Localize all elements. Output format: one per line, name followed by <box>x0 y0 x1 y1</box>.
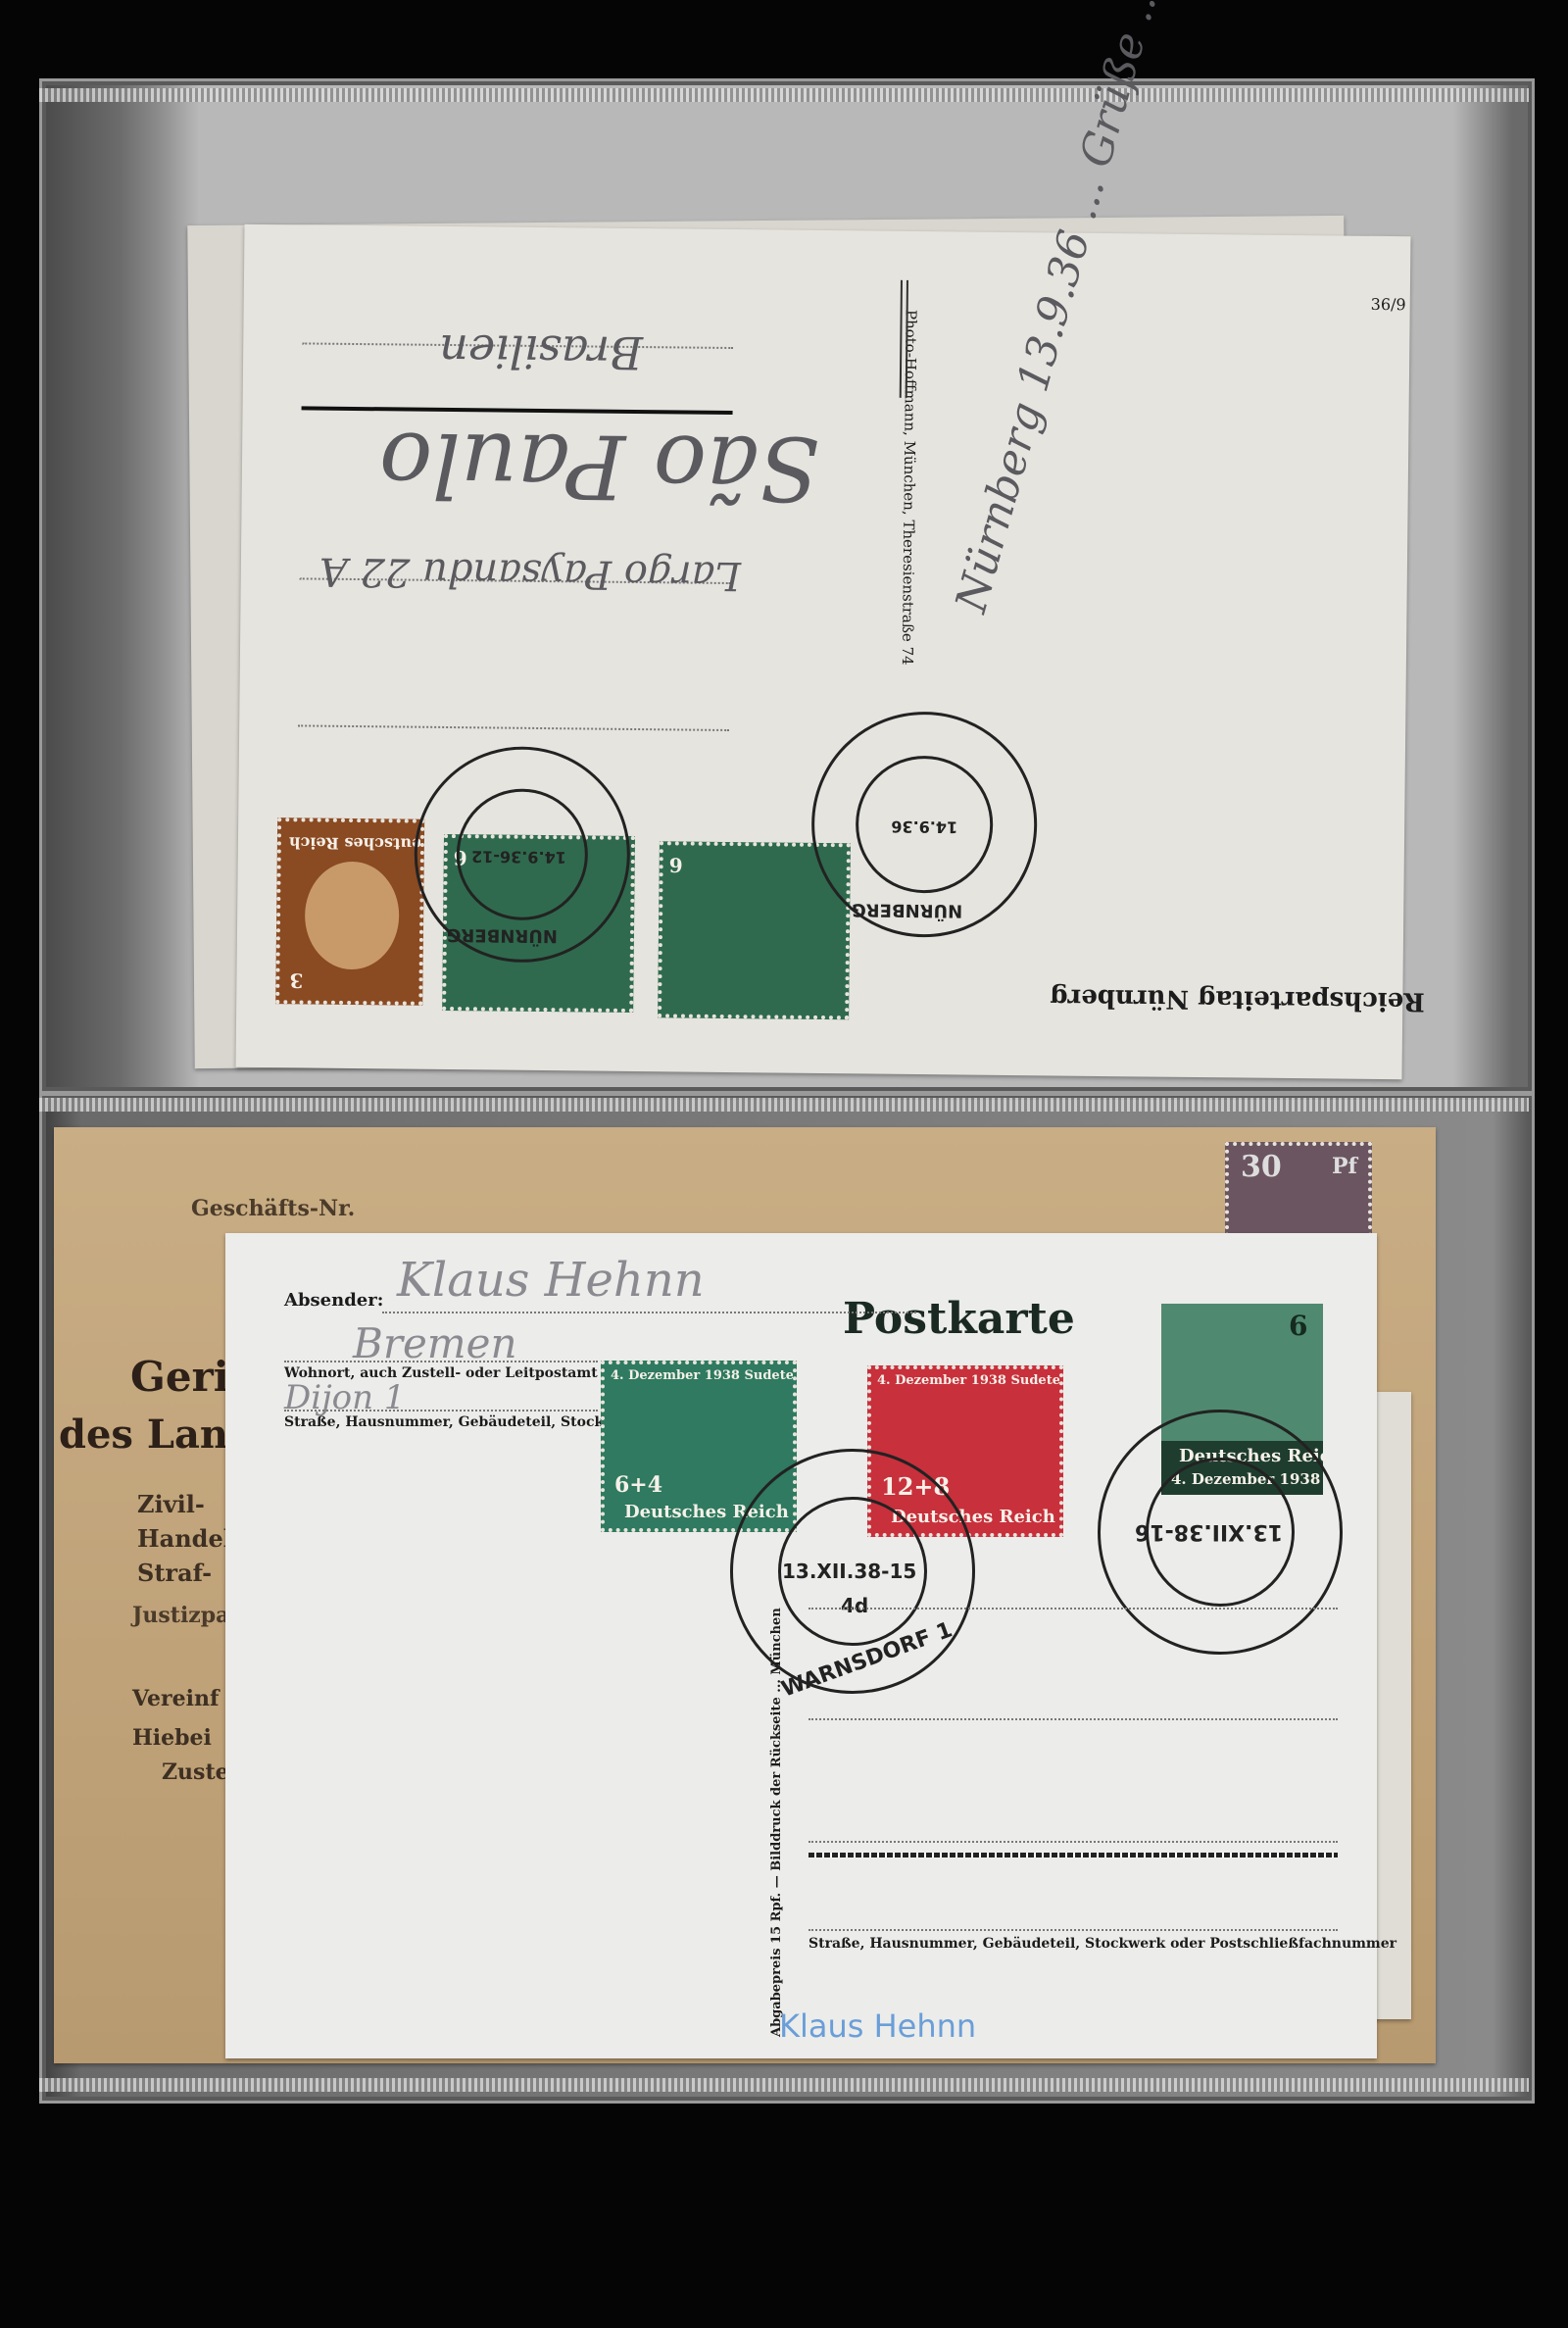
handwritten-address-street: Largo Paysandu 22 A <box>319 549 742 599</box>
stamp-value: 6+4 <box>614 1472 662 1498</box>
doc-line: Handel <box>137 1524 232 1553</box>
stamp-issue: 4. Dezember 1938 Sudetengau <box>611 1368 797 1383</box>
recipient-street-label: Straße, Hausnummer, Gebäudeteil, Stockwe… <box>808 1936 1396 1952</box>
postmark-date: 14.9.36-12 <box>471 847 566 867</box>
side-imprint: Abgabepreis 15 Rpf. — Bilddruck der Rück… <box>769 1608 784 2037</box>
picture-postcard-reverse: 36/9 Reichsparteitag Nürnberg Photo-Hoff… <box>236 224 1411 1079</box>
doc-line: Zuste <box>162 1759 229 1785</box>
sender-label: Absender: <box>284 1290 383 1311</box>
postmark-code: 4d <box>841 1594 868 1617</box>
doc-line: Geschäfts-Nr. <box>191 1196 355 1221</box>
portrait-medallion <box>305 861 400 969</box>
sender-handwritten: Klaus Hehnn <box>397 1253 705 1308</box>
stamp-value: 6 <box>669 853 683 876</box>
divider <box>900 280 908 398</box>
postmark-town: NÜRNBERG <box>852 899 962 920</box>
sleeve-rail <box>39 88 1529 102</box>
handwritten-address-country: Brasilien <box>439 324 643 379</box>
street-handwritten: Dijon 1 <box>284 1378 405 1417</box>
doc-line: Straf- <box>137 1559 212 1587</box>
stamp-3pf: Deutsches Reich 3 <box>275 817 424 1006</box>
handwritten-address-city: São Paulo <box>378 412 819 520</box>
sleeve-rail <box>39 1098 1529 1112</box>
postmark-date: 13.XII.38-15 <box>782 1560 916 1583</box>
rubber-stamp-name: Klaus Hehnn <box>779 2007 976 2045</box>
stamp-issue: 4. Dezember 1938 Sudetengau <box>877 1373 1063 1388</box>
recipient-line <box>808 1841 1338 1843</box>
doc-line: Justizpa <box>132 1603 229 1628</box>
recipient-line <box>808 1608 1338 1610</box>
street-line <box>284 1410 598 1412</box>
residence-line <box>284 1361 598 1362</box>
sleeve-rail <box>39 2078 1529 2092</box>
doc-line: Hiebei <box>132 1725 212 1751</box>
postmark-warnsdorf: 13.XII.38-15 4d WARNSDORF 1 <box>730 1449 975 1694</box>
stamp-value: 30 <box>1241 1150 1282 1184</box>
doc-line: Vereinf <box>132 1686 219 1711</box>
postmark-2: 13.XII.38-16 <box>1098 1410 1343 1655</box>
printed-caption: Reichsparteitag Nürnberg <box>1050 982 1425 1015</box>
stamp-value: 6 <box>1289 1310 1307 1342</box>
postmark-date: 13.XII.38-16 <box>1135 1519 1283 1544</box>
recipient-city-rule <box>808 1853 1338 1857</box>
stamp-country: Deutsches Reich <box>289 833 424 854</box>
recipient-line <box>808 1929 1338 1931</box>
postkarte: Postkarte Absender: Klaus Hehnn Bremen W… <box>225 1233 1377 2058</box>
postmark-town: NÜRNBERG <box>447 924 558 946</box>
doc-line: Zivil- <box>137 1490 205 1518</box>
sender-line <box>382 1312 916 1313</box>
address-line <box>298 724 729 731</box>
stamp-value: 3 <box>289 968 303 992</box>
postmark-date: 14.9.36 <box>891 817 957 837</box>
card-number: 36/9 <box>1371 295 1406 314</box>
postmark-nuernberg-2: NÜRNBERG 14.9.36 <box>810 711 1038 938</box>
stamp-unit: Pf <box>1332 1154 1357 1179</box>
postkarte-title: Postkarte <box>843 1294 1075 1344</box>
recipient-line <box>808 1718 1338 1720</box>
